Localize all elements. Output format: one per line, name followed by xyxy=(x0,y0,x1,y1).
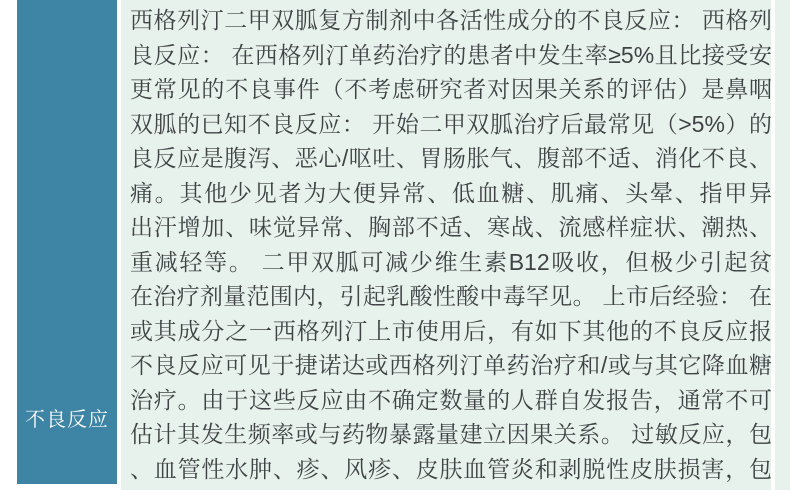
cell-border-line xyxy=(771,0,775,490)
text-line: 、血管性水肿、疹、风疹、皮肤血管炎和剥脱性皮肤损害，包括Steven xyxy=(130,452,772,487)
adverse-reactions-cell: 西格列汀二甲双胍复方制剂中各活性成分的不良反应： 西格列汀已知不良反应： 在西格… xyxy=(121,0,790,490)
text-line: 良反应是腹泻、恶心/呕吐、胃肠胀气、腹部不适、消化不良、衰弱和头 xyxy=(130,141,772,176)
text-line: 治疗。由于这些反应由不确定数量的人群自发报告，通常不可能可靠地 xyxy=(130,383,772,418)
row-header-label: 不良反应 xyxy=(17,403,117,432)
text-line: 不良反应可见于捷诺达或西格列汀单药治疗和/或与其它降血糖药联合 xyxy=(130,348,772,383)
adverse-reactions-text: 西格列汀二甲双胍复方制剂中各活性成分的不良反应： 西格列汀已知不良反应： 在西格… xyxy=(130,3,772,486)
text-line: 估计其发生频率或与药物暴露量建立因果关系。 过敏反应，包括过敏症 xyxy=(130,417,772,452)
row-header-cell: 不良反应 xyxy=(17,0,117,484)
text-line: 双胍的已知不良反应： 开始二甲双胍治疗后最常见（>5%）的已确定不 xyxy=(130,107,772,142)
text-line: 或其成分之一西格列汀上市使用后，有如下其他的不良反应报告。这些 xyxy=(130,314,772,349)
text-line: 在治疗剂量范围内，引起乳酸性酸中毒罕见。 上市后经验： 在捷诺达 xyxy=(130,279,772,314)
text-line: 更常见的不良事件（不考虑研究者对因果关系的评估）是鼻咽炎。 二甲 xyxy=(130,72,772,107)
text-line: 重减轻等。 二甲双胍可减少维生素B12吸收，但极少引起贫血。捷诺达 xyxy=(130,245,772,280)
text-line: 出汗增加、味觉异常、胸部不适、寒战、流感样症状、潮热、心悸、体 xyxy=(130,210,772,245)
text-line: 痛。其他少见者为大便异常、低血糖、肌痛、头晕、指甲异常、皮疹、 xyxy=(130,176,772,211)
text-line: 西格列汀二甲双胍复方制剂中各活性成分的不良反应： 西格列汀已知不 xyxy=(130,3,772,38)
drug-label-table-row: 不良反应 西格列汀二甲双胍复方制剂中各活性成分的不良反应： 西格列汀已知不良反应… xyxy=(0,0,790,490)
text-line: 良反应： 在西格列汀单药治疗的患者中发生率≥5%且比接受安慰剂患者 xyxy=(130,38,772,73)
